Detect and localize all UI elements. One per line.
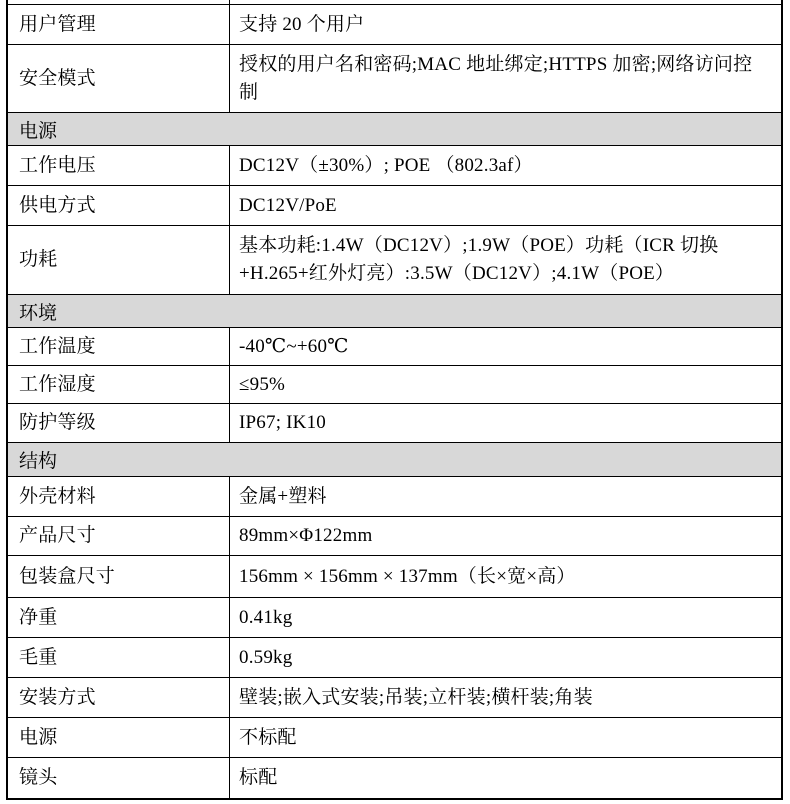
spec-row: 工作湿度 ≤95% bbox=[8, 366, 781, 404]
spec-row: 镜头 标配 bbox=[8, 758, 781, 798]
spec-label: 外壳材料 bbox=[8, 477, 230, 516]
spec-value: 89mm×Φ122mm bbox=[230, 517, 781, 555]
spec-label: 防护等级 bbox=[8, 404, 230, 442]
spec-label: 安装方式 bbox=[8, 678, 230, 717]
spec-label: 工作湿度 bbox=[8, 366, 230, 403]
spec-value: 授权的用户名和密码;MAC 地址绑定;HTTPS 加密;网络访问控制 bbox=[230, 45, 781, 112]
spec-row: 防护等级 IP67; IK10 bbox=[8, 404, 781, 443]
spec-value: 0.59kg bbox=[230, 638, 781, 677]
spec-row: 产品尺寸 89mm×Φ122mm bbox=[8, 517, 781, 556]
spec-row: 包装盒尺寸 156mm × 156mm × 137mm（长×宽×高） bbox=[8, 556, 781, 598]
spec-value: ≤95% bbox=[230, 366, 781, 403]
spec-row: 毛重 0.59kg bbox=[8, 638, 781, 678]
spec-label: 供电方式 bbox=[8, 186, 230, 225]
spec-value: 标配 bbox=[230, 758, 781, 798]
spec-label: 用户管理 bbox=[8, 5, 230, 44]
spec-value bbox=[230, 0, 781, 4]
spec-label: 净重 bbox=[8, 598, 230, 637]
spec-row: 外壳材料 金属+塑料 bbox=[8, 477, 781, 517]
spec-row: 净重 0.41kg bbox=[8, 598, 781, 638]
spec-row: 功耗 基本功耗:1.4W（DC12V）;1.9W（POE）功耗（ICR 切换+H… bbox=[8, 226, 781, 295]
spec-label: 毛重 bbox=[8, 638, 230, 677]
spec-row: 安全模式 授权的用户名和密码;MAC 地址绑定;HTTPS 加密;网络访问控制 bbox=[8, 45, 781, 113]
section-title: 环境 bbox=[19, 298, 57, 325]
spec-label: 安全模式 bbox=[8, 45, 230, 112]
spec-value: 0.41kg bbox=[230, 598, 781, 637]
spec-row: 安装方式 壁装;嵌入式安装;吊装;立杆装;横杆装;角装 bbox=[8, 678, 781, 718]
spec-value: 金属+塑料 bbox=[230, 477, 781, 516]
section-title: 电源 bbox=[19, 116, 57, 143]
spec-value: 支持 20 个用户 bbox=[230, 5, 781, 44]
spec-value: 不标配 bbox=[230, 718, 781, 757]
spec-label: 包装盒尺寸 bbox=[8, 556, 230, 597]
spec-label: 镜头 bbox=[8, 758, 230, 798]
spec-label: 电源 bbox=[8, 718, 230, 757]
spec-value: 基本功耗:1.4W（DC12V）;1.9W（POE）功耗（ICR 切换+H.26… bbox=[230, 226, 781, 294]
section-title: 结构 bbox=[19, 446, 57, 473]
spec-row: 电源 不标配 bbox=[8, 718, 781, 758]
spec-table: 用户管理 支持 20 个用户 安全模式 授权的用户名和密码;MAC 地址绑定;H… bbox=[6, 0, 783, 800]
spec-row: 工作电压 DC12V（±30%）; POE （802.3af） bbox=[8, 146, 781, 186]
spec-label: 工作温度 bbox=[8, 328, 230, 365]
spec-label: 工作电压 bbox=[8, 146, 230, 185]
spec-value: -40℃~+60℃ bbox=[230, 328, 781, 365]
spec-value: DC12V/PoE bbox=[230, 186, 781, 225]
section-header: 结构 bbox=[8, 443, 781, 477]
section-header: 环境 bbox=[8, 295, 781, 328]
spec-row: 用户管理 支持 20 个用户 bbox=[8, 5, 781, 45]
spec-label: 功耗 bbox=[8, 226, 230, 294]
spec-label: 产品尺寸 bbox=[8, 517, 230, 555]
spec-label bbox=[8, 0, 230, 4]
section-header: 电源 bbox=[8, 113, 781, 146]
spec-row: 工作温度 -40℃~+60℃ bbox=[8, 328, 781, 366]
spec-value: 壁装;嵌入式安装;吊装;立杆装;横杆装;角装 bbox=[230, 678, 781, 717]
spec-value: 156mm × 156mm × 137mm（长×宽×高） bbox=[230, 556, 781, 597]
spec-value: IP67; IK10 bbox=[230, 404, 781, 442]
spec-value: DC12V（±30%）; POE （802.3af） bbox=[230, 146, 781, 185]
spec-row: 供电方式 DC12V/PoE bbox=[8, 186, 781, 226]
